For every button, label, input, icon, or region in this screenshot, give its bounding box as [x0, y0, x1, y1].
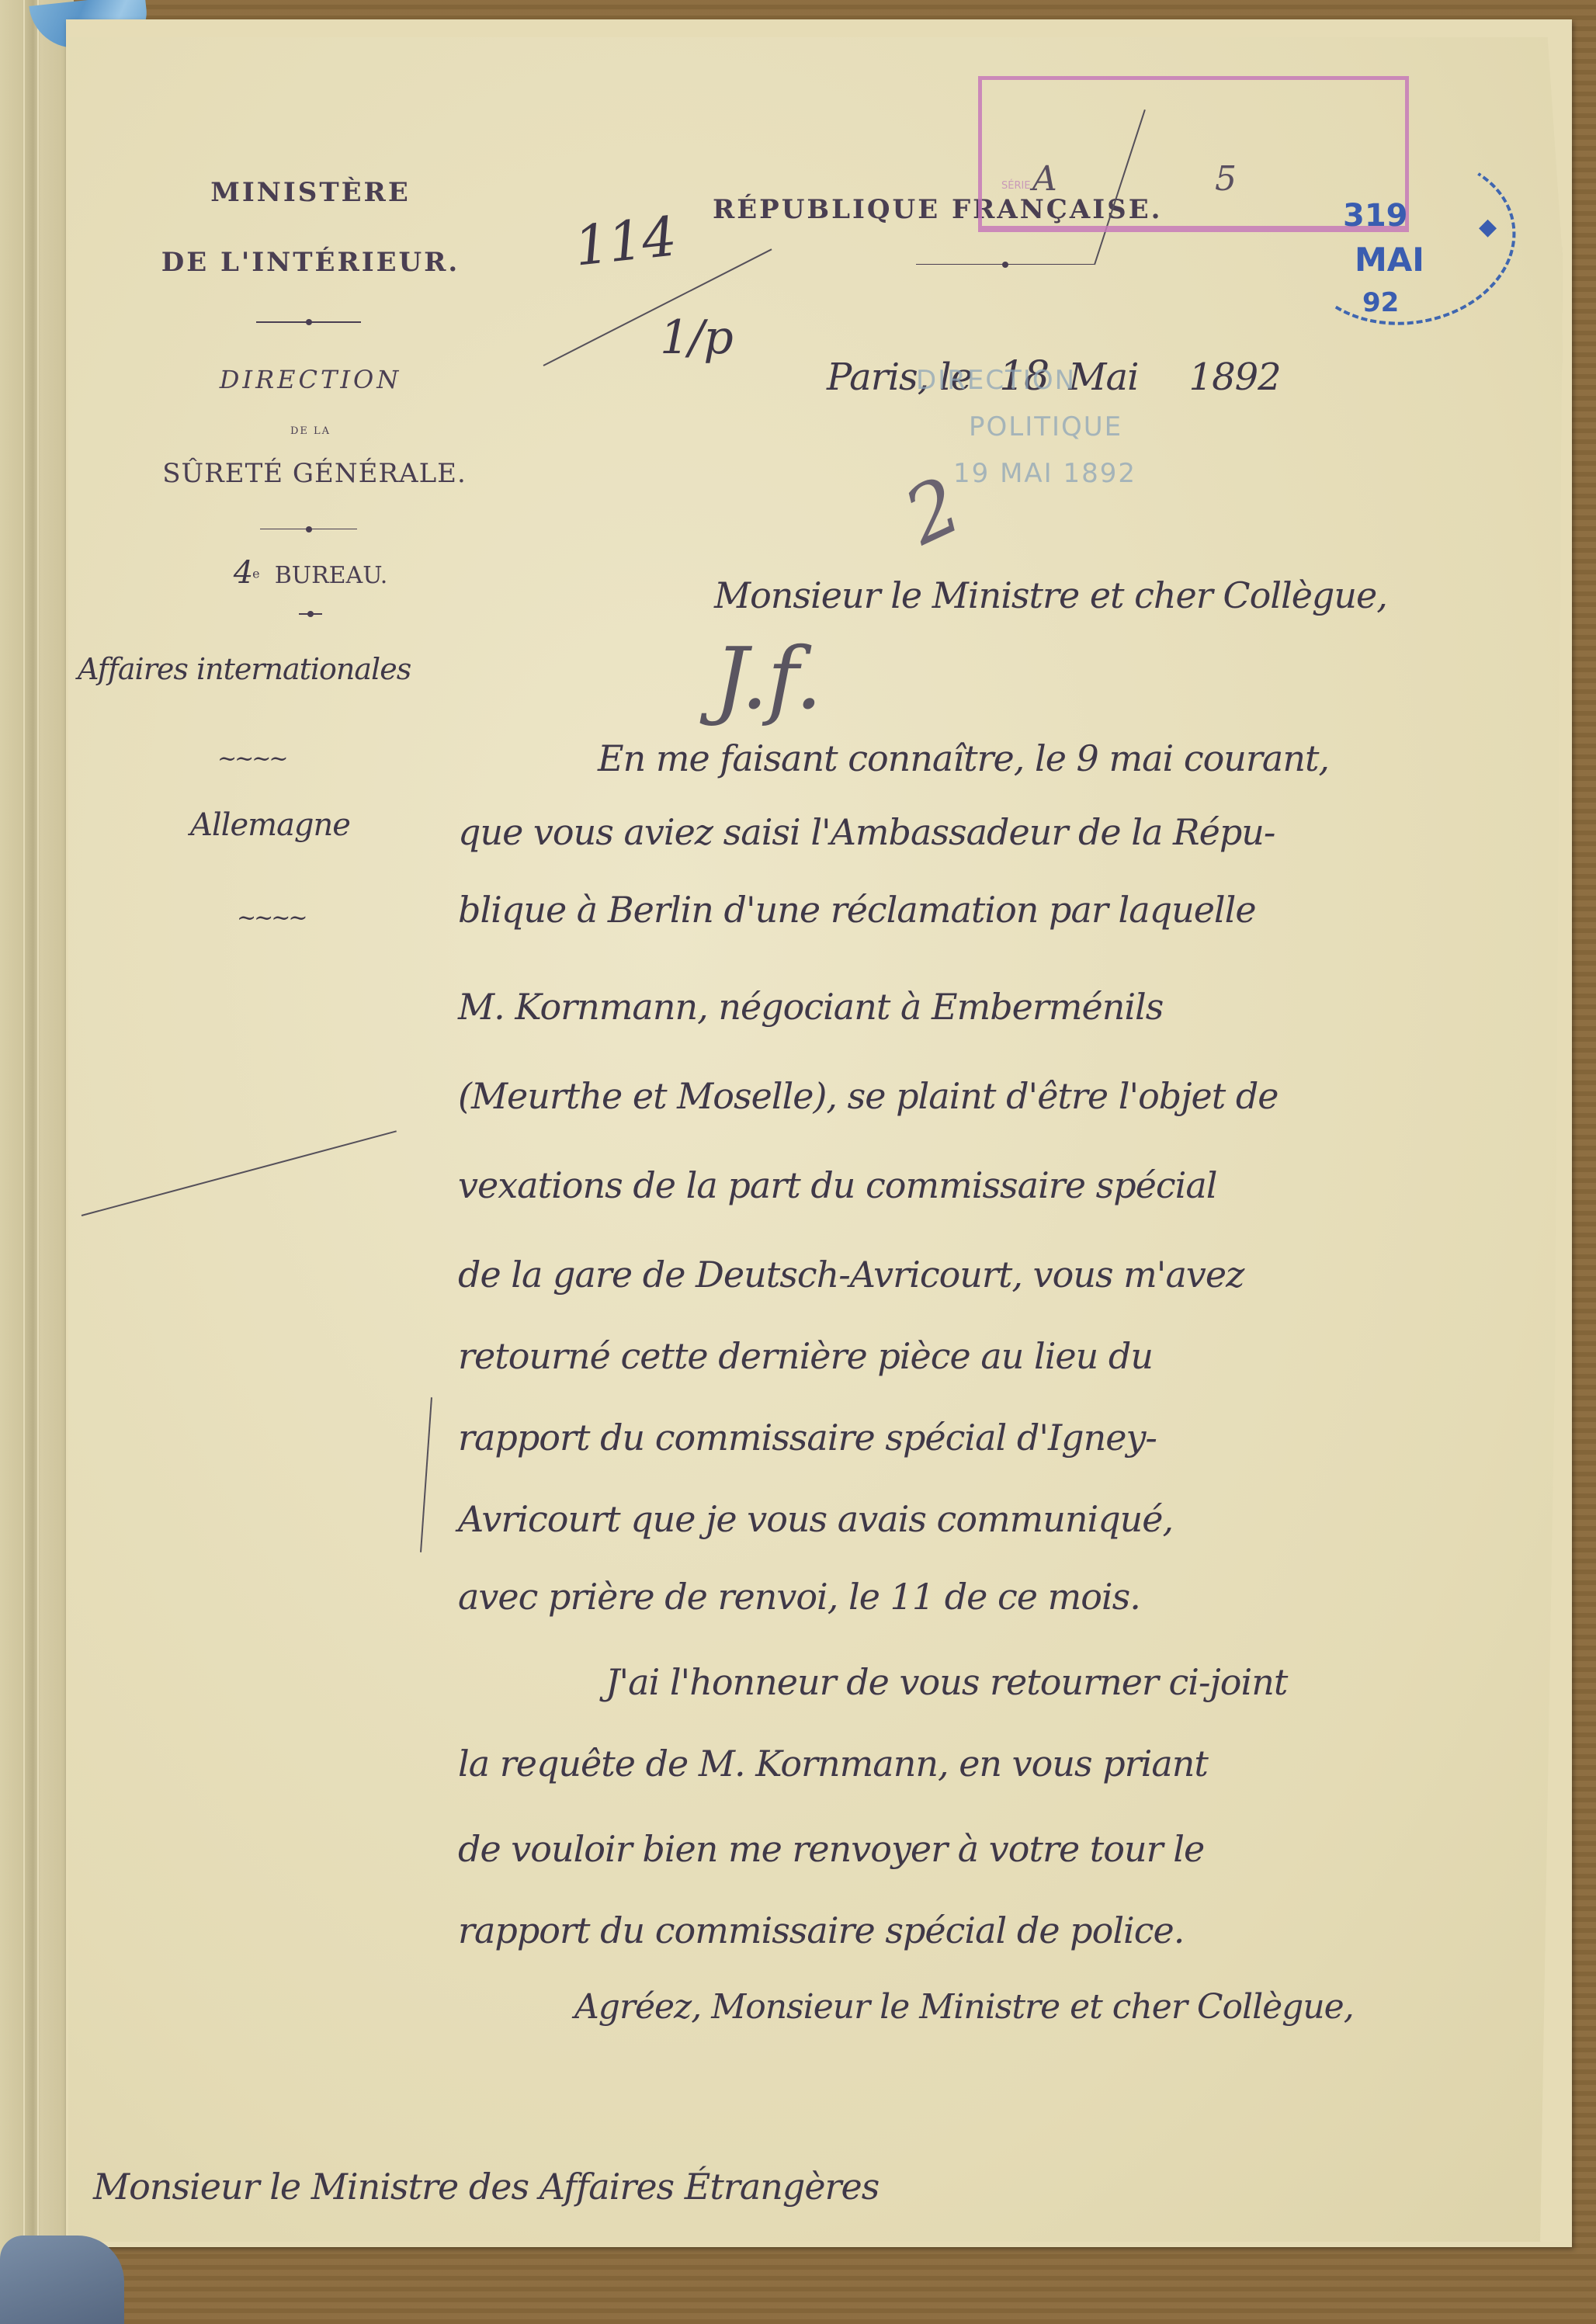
letterhead-divider: [260, 529, 357, 529]
direction-politique-stamp-line-1: DIRECTION: [916, 365, 1076, 396]
folder-binding: [0, 0, 74, 2324]
letter-line: (Meurthe et Moselle), se plaint d'être l…: [458, 1075, 1279, 1117]
letter-line: de la gare de Deutsch-Avricourt, vous m'…: [458, 1254, 1244, 1296]
bureau-number: 4: [234, 555, 252, 591]
letter-line: retourné cette dernière pièce au lieu du: [458, 1335, 1153, 1377]
file-number: 114: [571, 204, 678, 278]
wavy-divider: ~~~~: [217, 745, 286, 772]
wavy-divider: ~~~~: [237, 904, 306, 931]
direction-label: DIRECTION: [194, 365, 427, 394]
binding-ribbon-bottom: [0, 2236, 124, 2324]
letter-line: avec prière de renvoi, le 11 de ce mois.: [458, 1576, 1140, 1618]
direction-politique-stamp-line-2: POLITIQUE: [969, 411, 1122, 442]
letter-line: Avricourt que je vous avais communiqué,: [458, 1498, 1173, 1540]
letterhead-ornament: [256, 321, 361, 323]
serie-label: SÉRIE: [1001, 180, 1031, 192]
salutation: Monsieur le Ministre et cher Collègue,: [714, 574, 1387, 616]
letter-line: rapport du commissaire spécial d'Igney-: [458, 1417, 1157, 1459]
bureau-suffix: e: [252, 567, 259, 581]
serie-letter: A: [1032, 159, 1056, 199]
letter-line: vexations de la part du commissaire spéc…: [458, 1164, 1217, 1206]
direction-politique-stamp-date: 19 MAI 1892: [953, 458, 1136, 489]
pencil-initials: J.f.: [714, 629, 821, 728]
folder-crease: [37, 0, 39, 2251]
de-la-label: DE LA: [272, 425, 349, 437]
letter-line: la requête de M. Kornmann, en vous prian…: [458, 1743, 1208, 1785]
republic-ornament: [916, 264, 1095, 265]
stamp-diamond-icon: ◆: [1479, 213, 1497, 241]
letter-line: J'ai l'honneur de vous retourner ci-join…: [605, 1661, 1287, 1703]
section-handwritten: Affaires internationales: [78, 652, 411, 686]
surete-generale-label: SÛRETÉ GÉNÉRALE.: [159, 458, 470, 489]
date-month: Mai: [1068, 356, 1138, 399]
bureau-label: BUREAU.: [275, 562, 388, 589]
bureau-line: 4e BUREAU.: [194, 555, 427, 591]
ministry-line-2: DE L'INTÉRIEUR.: [124, 247, 497, 278]
addressee: Monsieur le Ministre des Affaires Étrang…: [93, 2166, 879, 2208]
letter-line: de vouloir bien me renvoyer à votre tour…: [458, 1828, 1204, 1870]
reception-year: 92: [1362, 287, 1399, 318]
reception-number: 319: [1343, 198, 1408, 234]
ministry-line-1: MINISTÈRE: [179, 177, 442, 208]
letter-line: rapport du commissaire spécial de police…: [458, 1909, 1184, 1951]
folder-crease: [23, 0, 25, 2251]
date-year: 1892: [1189, 356, 1281, 399]
bureau-divider: [299, 613, 322, 615]
closing-formula: Agréez, Monsieur le Ministre et cher Col…: [574, 1987, 1354, 2027]
letter-line: que vous aviez saisi l'Ambassadeur de la…: [458, 811, 1275, 853]
letter-line: blique à Berlin d'une réclamation par la…: [458, 889, 1256, 931]
file-sub-number: 1/p: [660, 310, 733, 365]
country-handwritten: Allemagne: [190, 807, 350, 843]
letter-line: En me faisant connaître, le 9 mai couran…: [598, 737, 1329, 779]
serie-number: 5: [1215, 159, 1236, 199]
letter-line: M. Kornmann, négociant à Emberménils: [458, 986, 1163, 1028]
reception-month: MAI: [1355, 241, 1424, 279]
